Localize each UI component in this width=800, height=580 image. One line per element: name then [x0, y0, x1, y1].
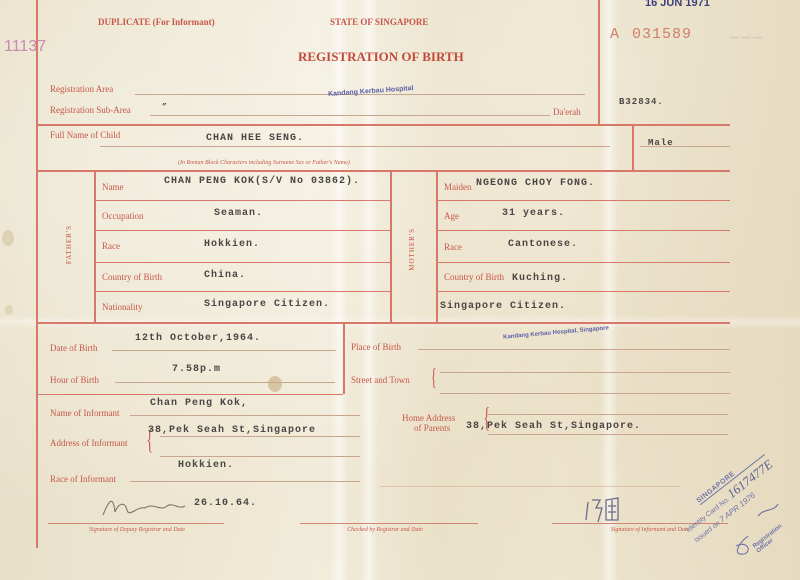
- father-country-value: China.: [204, 270, 246, 281]
- mother-race-label: Race: [444, 242, 462, 252]
- fold-crease: [600, 0, 618, 580]
- parents-address-value: 38,Pek Seah St,Singapore.: [466, 421, 641, 432]
- row-line: [94, 230, 390, 231]
- full-name-label: Full Name of Child: [50, 130, 96, 140]
- hour-of-birth-value: 7.58p.m: [172, 364, 221, 375]
- field-line: [130, 481, 360, 482]
- father-name-value: CHAN PENG KOK(S/V No 03862).: [164, 176, 360, 187]
- mother-country-value: Kuching.: [512, 273, 568, 284]
- child-full-name: CHAN HEE SENG.: [206, 133, 304, 144]
- stain: [2, 230, 14, 246]
- left-border: [36, 0, 38, 548]
- margin-number: 11137: [4, 38, 46, 56]
- father-nationality-label: Nationality: [102, 302, 143, 312]
- field-line: [380, 486, 680, 487]
- informant-name-label: Name of Informant: [50, 408, 119, 418]
- mother-maiden-name-value: NGEONG CHOY FONG.: [476, 178, 595, 189]
- registration-subarea-value: ”: [162, 103, 168, 112]
- father-race-label: Race: [102, 241, 120, 251]
- field-line: [488, 434, 728, 435]
- duplicate-label: DUPLICATE (For Informant): [98, 17, 215, 27]
- entry-label: Da'erah: [553, 107, 581, 117]
- father-name-label: Name: [102, 182, 124, 192]
- deputy-signature-label: Signature of Deputy Registrar and Date: [82, 527, 192, 534]
- stain: [268, 376, 282, 392]
- mother-section-label: MOTHER'S: [408, 228, 416, 271]
- header-divider: [598, 0, 600, 125]
- mother-race-value: Cantonese.: [508, 239, 578, 250]
- informant-date-value: 26.10.64.: [194, 498, 257, 509]
- father-section-label: FATHER'S: [65, 225, 73, 264]
- row-line: [94, 262, 390, 263]
- field-line: [440, 372, 730, 373]
- street-town-label: Street and Town: [351, 375, 410, 385]
- hour-of-birth-label: Hour of Birth: [50, 375, 99, 385]
- serial-number: 031589: [632, 26, 692, 43]
- street-brace: {: [431, 365, 437, 392]
- field-line: [115, 382, 335, 383]
- stain: [5, 305, 13, 315]
- date-of-birth-value: 12th October,1964.: [135, 333, 261, 344]
- row-line: [94, 291, 390, 292]
- row-line: [94, 200, 390, 201]
- field-line: [440, 393, 730, 394]
- field-line: [160, 456, 360, 457]
- informant-name-value: Chan Peng Kok,: [150, 398, 248, 409]
- father-column-divider: [94, 170, 96, 322]
- row-line: [436, 230, 730, 231]
- registration-officer-signature: [718, 496, 798, 566]
- home-address-label: Home Address: [402, 413, 455, 423]
- row-line: [436, 200, 730, 201]
- field-line: [150, 115, 550, 116]
- state-label: STATE OF SINGAPORE: [330, 17, 428, 27]
- field-line: [160, 436, 360, 437]
- birth-place-divider: [343, 322, 345, 394]
- row-line: [36, 394, 343, 395]
- serial-prefix: A: [610, 26, 620, 43]
- informant-address-label: Address of Informant: [50, 438, 127, 448]
- sex-divider: [632, 124, 634, 170]
- signature-line: [300, 523, 478, 524]
- fold-crease: [330, 0, 348, 580]
- registrar-signature-label: Checked by Registrar and Date: [340, 527, 430, 534]
- row-line: [436, 291, 730, 292]
- signature-line: [48, 523, 224, 524]
- row-line: [436, 262, 730, 263]
- section-divider: [36, 170, 730, 172]
- mother-age-value: 31 years.: [502, 208, 565, 219]
- mother-maiden-name-label: Maiden: [444, 182, 472, 192]
- father-occupation-label: Occupation: [102, 211, 143, 221]
- informant-address-value: 38,Pek Seah St,Singapore: [148, 425, 316, 436]
- mother-country-label: Country of Birth: [444, 272, 504, 282]
- field-line: [130, 415, 360, 416]
- field-line: [640, 146, 730, 147]
- field-line: [112, 350, 336, 351]
- registration-subarea-label: Registration Sub-Area: [50, 105, 131, 115]
- informant-race-value: Hokkien.: [178, 460, 234, 471]
- entry-number: B32834.: [619, 97, 664, 107]
- section-divider: [36, 322, 730, 324]
- document-title: REGISTRATION OF BIRTH: [298, 49, 464, 65]
- date-of-birth-label: Date of Birth: [50, 343, 98, 353]
- father-nationality-value: Singapore Citizen.: [204, 299, 330, 310]
- registration-area-label: Registration Area: [50, 84, 113, 94]
- place-of-birth-label: Place of Birth: [351, 342, 401, 352]
- informant-race-label: Race of Informant: [50, 474, 116, 484]
- pencil-note: — — —: [730, 32, 762, 42]
- father-occupation-value: Seaman.: [214, 208, 263, 219]
- informant-signature: [578, 494, 638, 526]
- deputy-registrar-signature: [95, 490, 195, 520]
- mother-age-label: Age: [444, 211, 459, 221]
- mother-nationality-value: Singapore Citizen.: [440, 301, 566, 312]
- father-race-value: Hokkien.: [204, 239, 260, 250]
- section-divider: [36, 124, 730, 126]
- mother-column-divider: [436, 170, 438, 322]
- date-stamp: 16 JUN 1971: [645, 0, 710, 9]
- name-instruction-note: (In Roman Block Characters including Sur…: [178, 160, 350, 166]
- field-line: [100, 146, 610, 147]
- father-country-label: Country of Birth: [102, 272, 162, 282]
- field-line: [488, 414, 728, 415]
- field-line: [418, 349, 730, 350]
- father-mother-divider: [390, 170, 392, 322]
- of-parents-label: of Parents: [414, 423, 450, 433]
